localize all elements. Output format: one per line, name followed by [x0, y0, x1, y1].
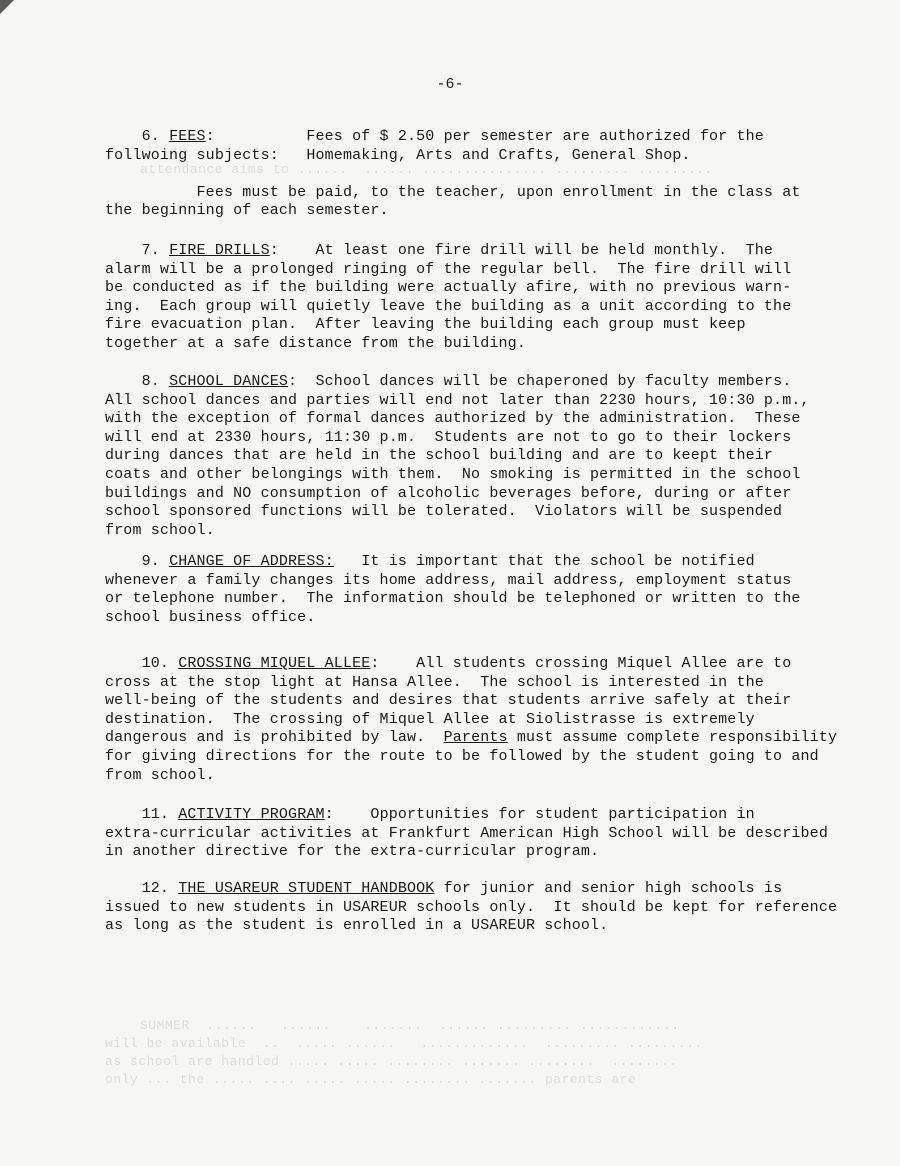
- section-activity-program: 11. ACTIVITY PROGRAM: Opportunities for …: [105, 806, 865, 862]
- section-heading: FIRE DRILLS: [169, 242, 270, 259]
- line-prefix: 12.: [105, 880, 178, 897]
- text-line: will end at 2330 hours, 11:30 p.m. Stude…: [105, 429, 865, 448]
- text-line: cross at the stop light at Hansa Allee. …: [105, 674, 865, 693]
- bleed-through-text: SUMMER ...... ...... ....... ...... ....…: [140, 1018, 680, 1033]
- text-line: follwoing subjects: Homemaking, Arts and…: [105, 147, 865, 166]
- text-line: from school.: [105, 522, 865, 541]
- text-line: coats and other belongings with them. No…: [105, 466, 865, 485]
- section-crossing-miquel-allee: 10. CROSSING MIQUEL ALLEE: All students …: [105, 655, 865, 785]
- text-line: school business office.: [105, 609, 865, 628]
- section-fire-drills: 7. FIRE DRILLS: At least one fire drill …: [105, 242, 865, 354]
- line-rest: : All students crossing Miquel Allee are…: [370, 655, 791, 672]
- line-rest: : At least one fire drill will be held m…: [270, 242, 773, 259]
- line-prefix: 8.: [105, 373, 169, 390]
- text-line: 6. FEES: Fees of $ 2.50 per semester are…: [105, 128, 865, 147]
- text-line: 9. CHANGE OF ADDRESS: It is important th…: [105, 553, 865, 572]
- line-rest: : Opportunities for student participatio…: [325, 806, 755, 823]
- bleed-through-text: will be available .. ..... ...... ......…: [105, 1036, 703, 1051]
- line-prefix: 10.: [105, 655, 178, 672]
- page-number: -6-: [0, 76, 900, 93]
- section-heading: THE USAREUR STUDENT HANDBOOK: [178, 880, 434, 897]
- text-line: extra-curricular activities at Frankfurt…: [105, 825, 865, 844]
- text-line: alarm will be a prolonged ringing of the…: [105, 261, 865, 280]
- section-heading: CROSSING MIQUEL ALLEE: [178, 655, 370, 672]
- text-line: 12. THE USAREUR STUDENT HANDBOOK for jun…: [105, 880, 865, 899]
- section-heading: Parents: [444, 729, 508, 746]
- line-prefix: 9.: [105, 553, 169, 570]
- text-line: 8. SCHOOL DANCES: School dances will be …: [105, 373, 865, 392]
- text-line: issued to new students in USAREUR school…: [105, 899, 865, 918]
- text-line: whenever a family changes its home addre…: [105, 572, 865, 591]
- line-rest: : School dances will be chaperoned by fa…: [288, 373, 791, 390]
- text-line: 11. ACTIVITY PROGRAM: Opportunities for …: [105, 806, 865, 825]
- text-line: well-being of the students and desires t…: [105, 692, 865, 711]
- line-rest: It is important that the school be notif…: [334, 553, 755, 570]
- text-line: All school dances and parties will end n…: [105, 392, 865, 411]
- text-line: [105, 165, 865, 184]
- text-line: school sponsored functions will be toler…: [105, 503, 865, 522]
- text-line: with the exception of formal dances auth…: [105, 410, 865, 429]
- text-line: Fees must be paid, to the teacher, upon …: [105, 184, 865, 203]
- section-heading: SCHOOL DANCES: [169, 373, 288, 390]
- text-line: 10. CROSSING MIQUEL ALLEE: All students …: [105, 655, 865, 674]
- text-line: be conducted as if the building were act…: [105, 279, 865, 298]
- text-line: for giving directions for the route to b…: [105, 748, 865, 767]
- section-student-handbook: 12. THE USAREUR STUDENT HANDBOOK for jun…: [105, 880, 865, 936]
- text-line: as long as the student is enrolled in a …: [105, 917, 865, 936]
- bleed-through-text: only ... the ..... .... ..... ..... ....…: [105, 1072, 636, 1087]
- text-line: ing. Each group will quietly leave the b…: [105, 298, 865, 317]
- text-line: destination. The crossing of Miquel Alle…: [105, 711, 865, 730]
- text-line: or telephone number. The information sho…: [105, 590, 865, 609]
- line-rest: for junior and senior high schools is: [434, 880, 782, 897]
- text-line: in another directive for the extra-curri…: [105, 843, 865, 862]
- line-prefix: 11.: [105, 806, 178, 823]
- line-prefix: 7.: [105, 242, 169, 259]
- section-heading: FEES: [169, 128, 206, 145]
- page-corner-fold: [0, 0, 14, 14]
- text-line: during dances that are held in the schoo…: [105, 447, 865, 466]
- bleed-through-text: as school are handled ..... ..... ......…: [105, 1054, 678, 1069]
- section-heading: ACTIVITY PROGRAM: [178, 806, 324, 823]
- line-rest: must assume complete responsibility: [508, 729, 837, 746]
- section-heading: CHANGE OF ADDRESS:: [169, 553, 334, 570]
- text-line: 7. FIRE DRILLS: At least one fire drill …: [105, 242, 865, 261]
- line-rest: : Fees of $ 2.50 per semester are author…: [206, 128, 764, 145]
- line-prefix: dangerous and is prohibited by law.: [105, 729, 444, 746]
- section-school-dances: 8. SCHOOL DANCES: School dances will be …: [105, 373, 865, 540]
- text-line: fire evacuation plan. After leaving the …: [105, 316, 865, 335]
- section-fees: 6. FEES: Fees of $ 2.50 per semester are…: [105, 128, 865, 221]
- line-prefix: 6.: [105, 128, 169, 145]
- text-line: the beginning of each semester.: [105, 202, 865, 221]
- section-change-of-address: 9. CHANGE OF ADDRESS: It is important th…: [105, 553, 865, 627]
- text-line: together at a safe distance from the bui…: [105, 335, 865, 354]
- text-line: buildings and NO consumption of alcoholi…: [105, 485, 865, 504]
- text-line: dangerous and is prohibited by law. Pare…: [105, 729, 865, 748]
- text-line: from school.: [105, 767, 865, 786]
